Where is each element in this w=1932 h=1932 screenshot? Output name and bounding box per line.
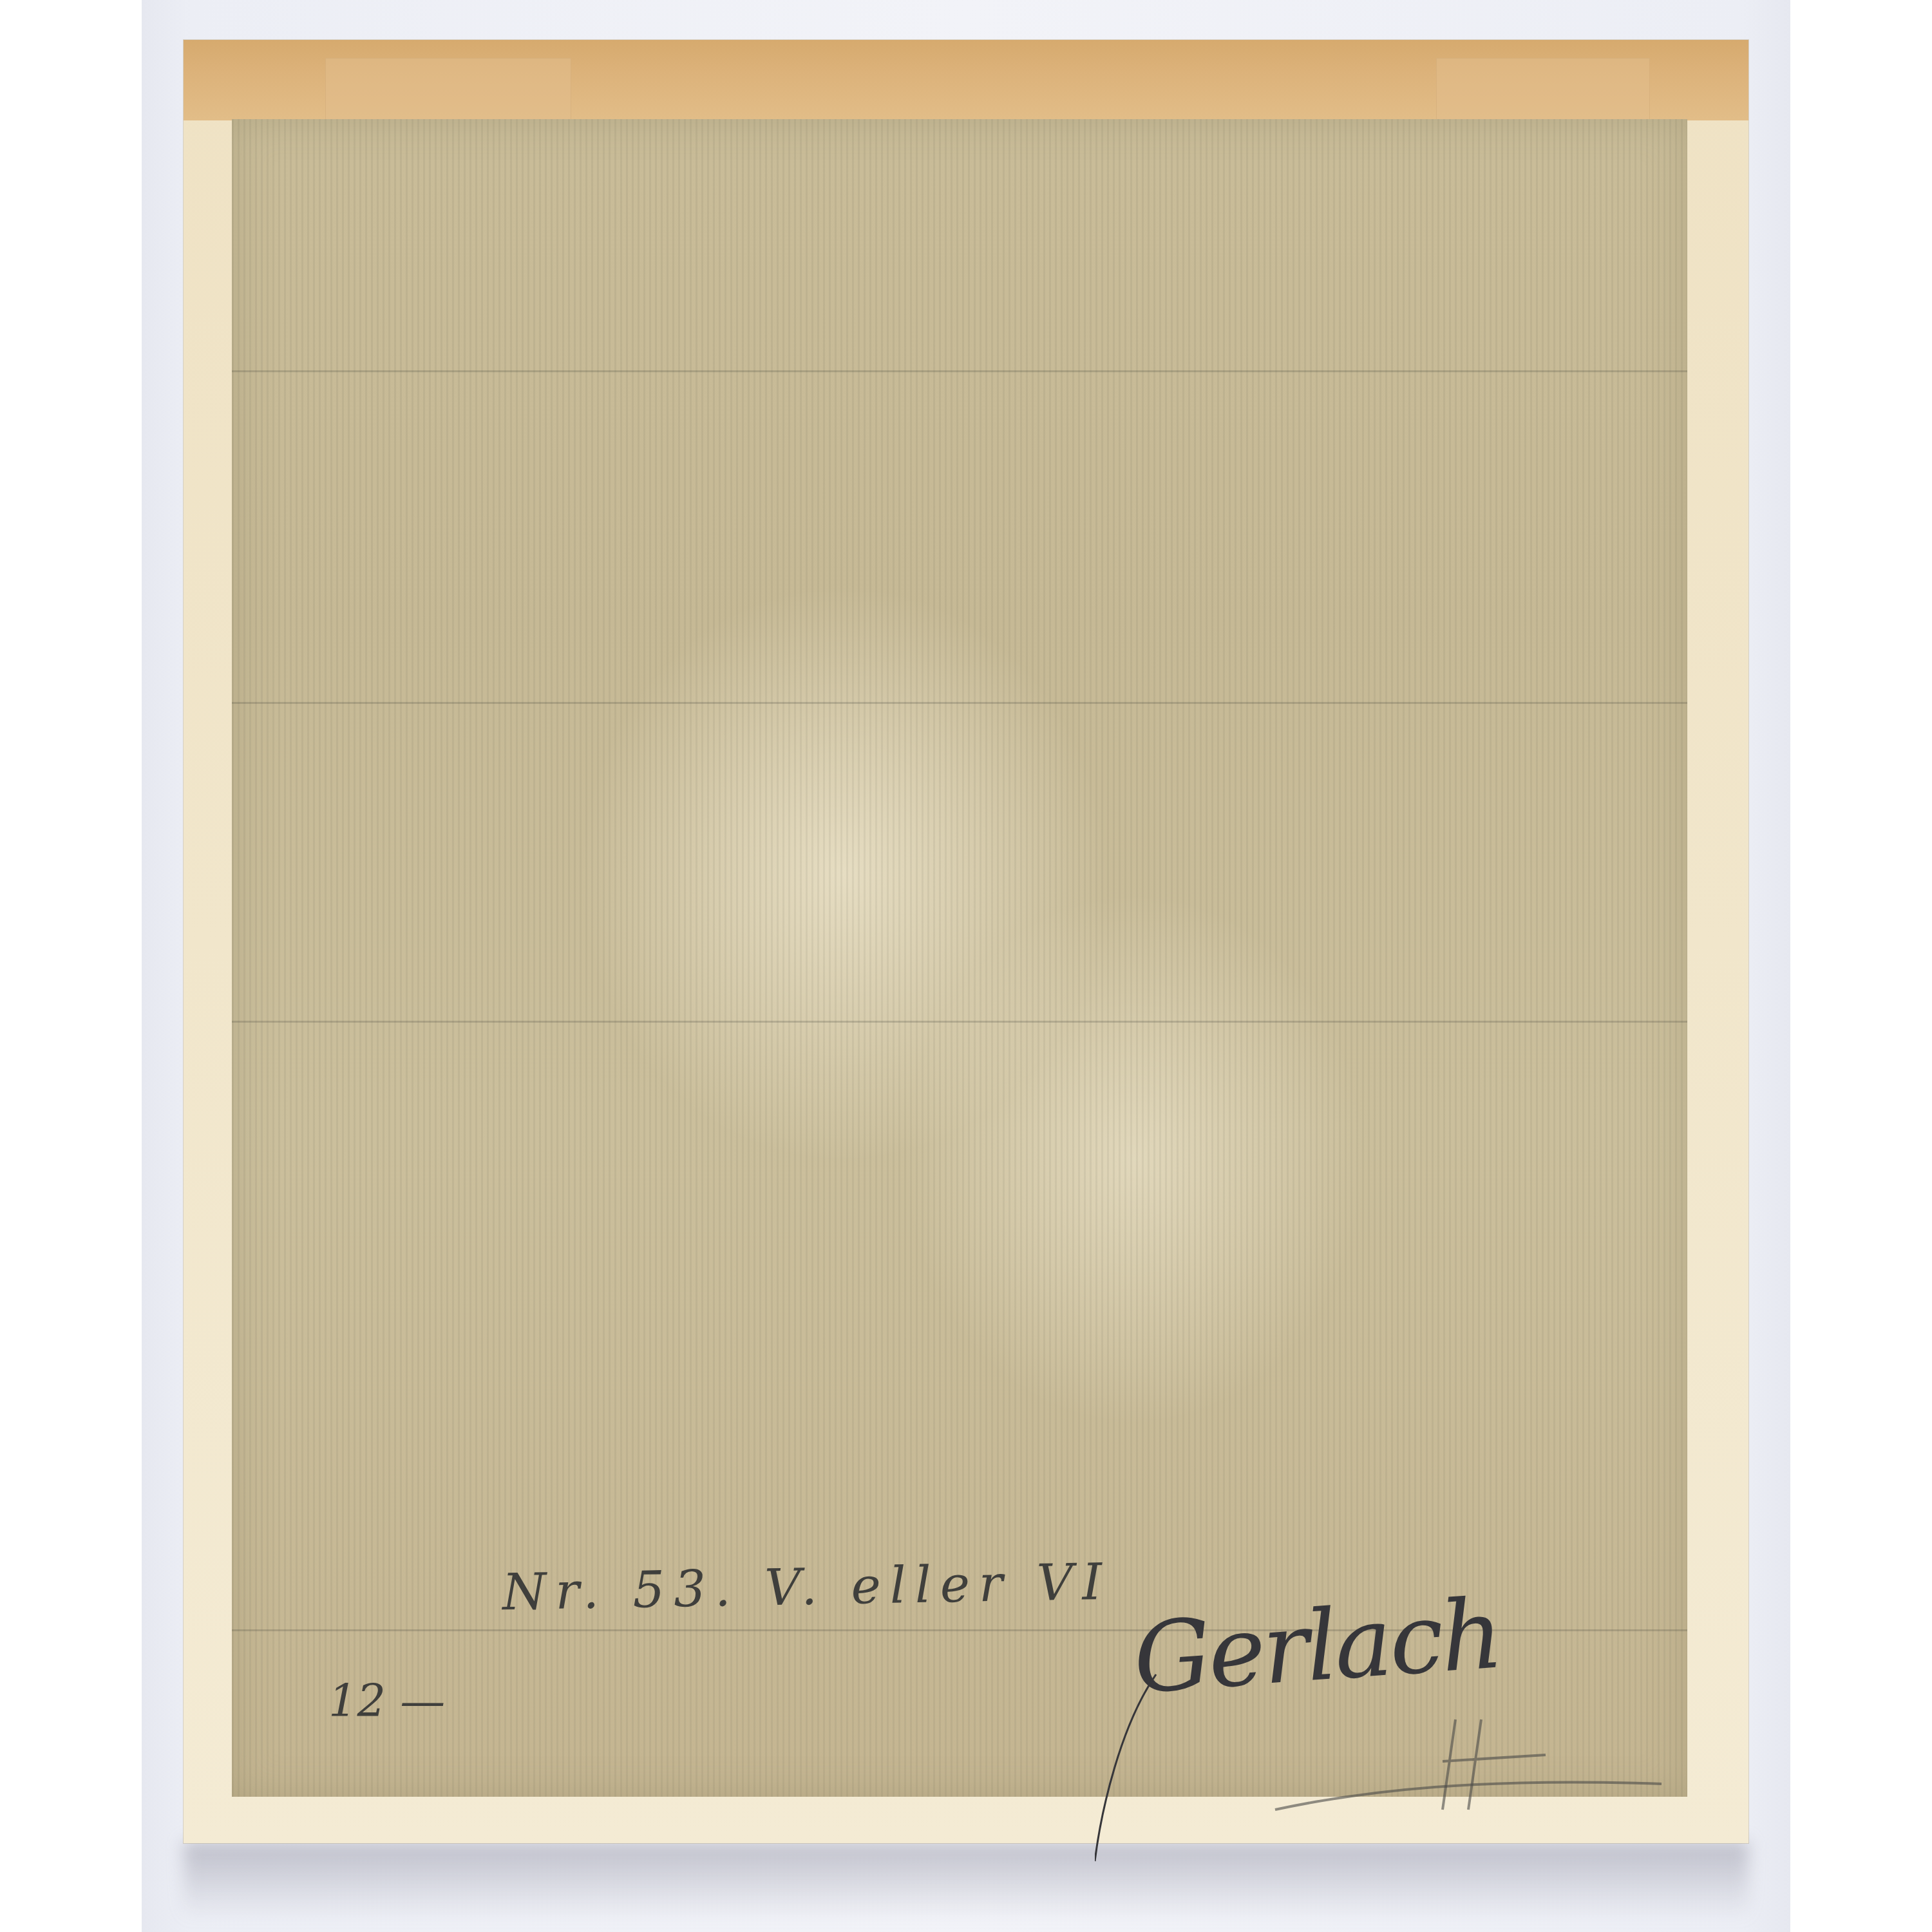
show-through-line [232,1021,1687,1023]
corner-number-inscription: 12 — [328,1674,445,1727]
signature-flourish [1095,1597,1674,1868]
print-verso-sheet [232,119,1687,1797]
show-through-line [232,702,1687,704]
show-through-line [232,370,1687,372]
catalogue-inscription: Nr. 53. V. eller VI [502,1553,1112,1622]
